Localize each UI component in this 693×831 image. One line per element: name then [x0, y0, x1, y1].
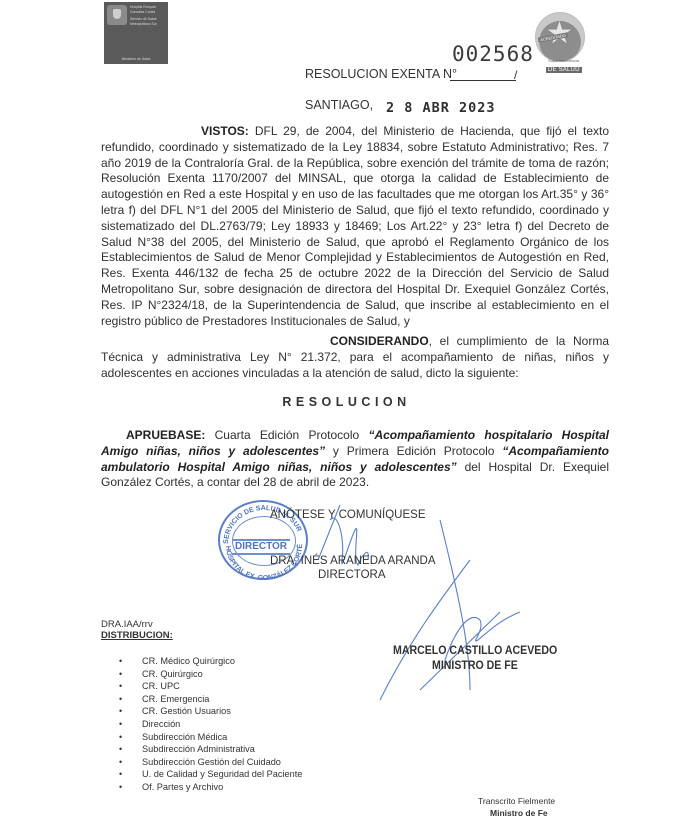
list-item: CR. Médico Quirúrgico — [119, 655, 302, 668]
list-item: Subdirección Médica — [119, 731, 302, 744]
resolution-number-line — [450, 80, 516, 81]
considerando-paragraph: CONSIDERANDO, el cumplimiento de la Norm… — [101, 334, 609, 381]
apruebase-text: Cuarta Edición Protocolo — [205, 428, 368, 442]
logo-footer: Ministerio de Salud — [107, 57, 165, 61]
signer2-role: MINISTRO DE FE — [432, 660, 518, 672]
transcrito-label: Transcrito Fielmente — [478, 796, 555, 806]
ministro-de-fe-label: Ministro de Fe — [490, 808, 548, 818]
apruebase-label: APRUEBASE: — [126, 428, 205, 442]
apruebase-text: y Primera Edición Protocolo — [325, 444, 502, 458]
place: SANTIAGO, — [305, 98, 373, 112]
apruebase-paragraph: APRUEBASE: Cuarta Edición Protocolo “Aco… — [101, 428, 609, 491]
distribution-title: DISTRIBUCION: — [101, 630, 173, 641]
distribution-list: CR. Médico Quirúrgico CR. Quirúrgico CR.… — [119, 655, 302, 794]
list-item: Of. Partes y Archivo — [119, 781, 302, 794]
list-item: CR. Gestión Usuarios — [119, 705, 302, 718]
vistos-label: VISTOS: — [201, 124, 249, 138]
resolution-slash: / — [514, 68, 517, 82]
author-initials: DRA.IAA/rrv — [101, 619, 153, 630]
list-item: CR. UPC — [119, 680, 302, 693]
accreditation-seal: ★ ACREDITADO — [535, 12, 585, 62]
logo-subline: Metropolitano Sur — [130, 22, 165, 27]
list-item: Dirección — [119, 718, 302, 731]
resolution-heading: RESOLUCION — [0, 395, 693, 409]
resolution-number: 002568 — [452, 42, 534, 66]
signer1-role: DIRECTORA — [318, 569, 386, 581]
logo-line: González Cortés — [130, 10, 165, 15]
seal-label: Superintendencia — [548, 58, 579, 63]
considerando-label: CONSIDERANDO — [330, 334, 429, 348]
list-item: CR. Emergencia — [119, 693, 302, 706]
list-item: CR. Quirúrgico — [119, 668, 302, 681]
list-item: Subdirección Gestión del Cuidado — [119, 756, 302, 769]
resolution-label: RESOLUCION EXENTA N° — [305, 67, 457, 81]
hospital-logo: Hospital Exequiel González Cortés Servic… — [104, 2, 168, 64]
closing-text: ANÓTESE Y COMUNÍQUESE — [270, 509, 426, 521]
seal-badge: DE SALUD — [546, 67, 582, 73]
government-crest-icon — [107, 5, 127, 25]
logo-institution: Hospital Exequiel González Cortés Servic… — [130, 5, 165, 26]
signer1-name: DRA. INÉS ARANEDA ARANDA — [270, 555, 436, 567]
signer2-name: MARCELO CASTILLO ACEVEDO — [393, 645, 557, 657]
list-item: U. de Calidad y Seguridad del Paciente — [119, 768, 302, 781]
vistos-text: DFL 29, de 2004, del Ministerio de Hacie… — [101, 124, 609, 328]
date-stamp: 2 8 ABR 2023 — [386, 100, 496, 116]
vistos-paragraph: VISTOS: DFL 29, de 2004, del Ministerio … — [101, 124, 609, 329]
list-item: Subdirección Administrativa — [119, 743, 302, 756]
